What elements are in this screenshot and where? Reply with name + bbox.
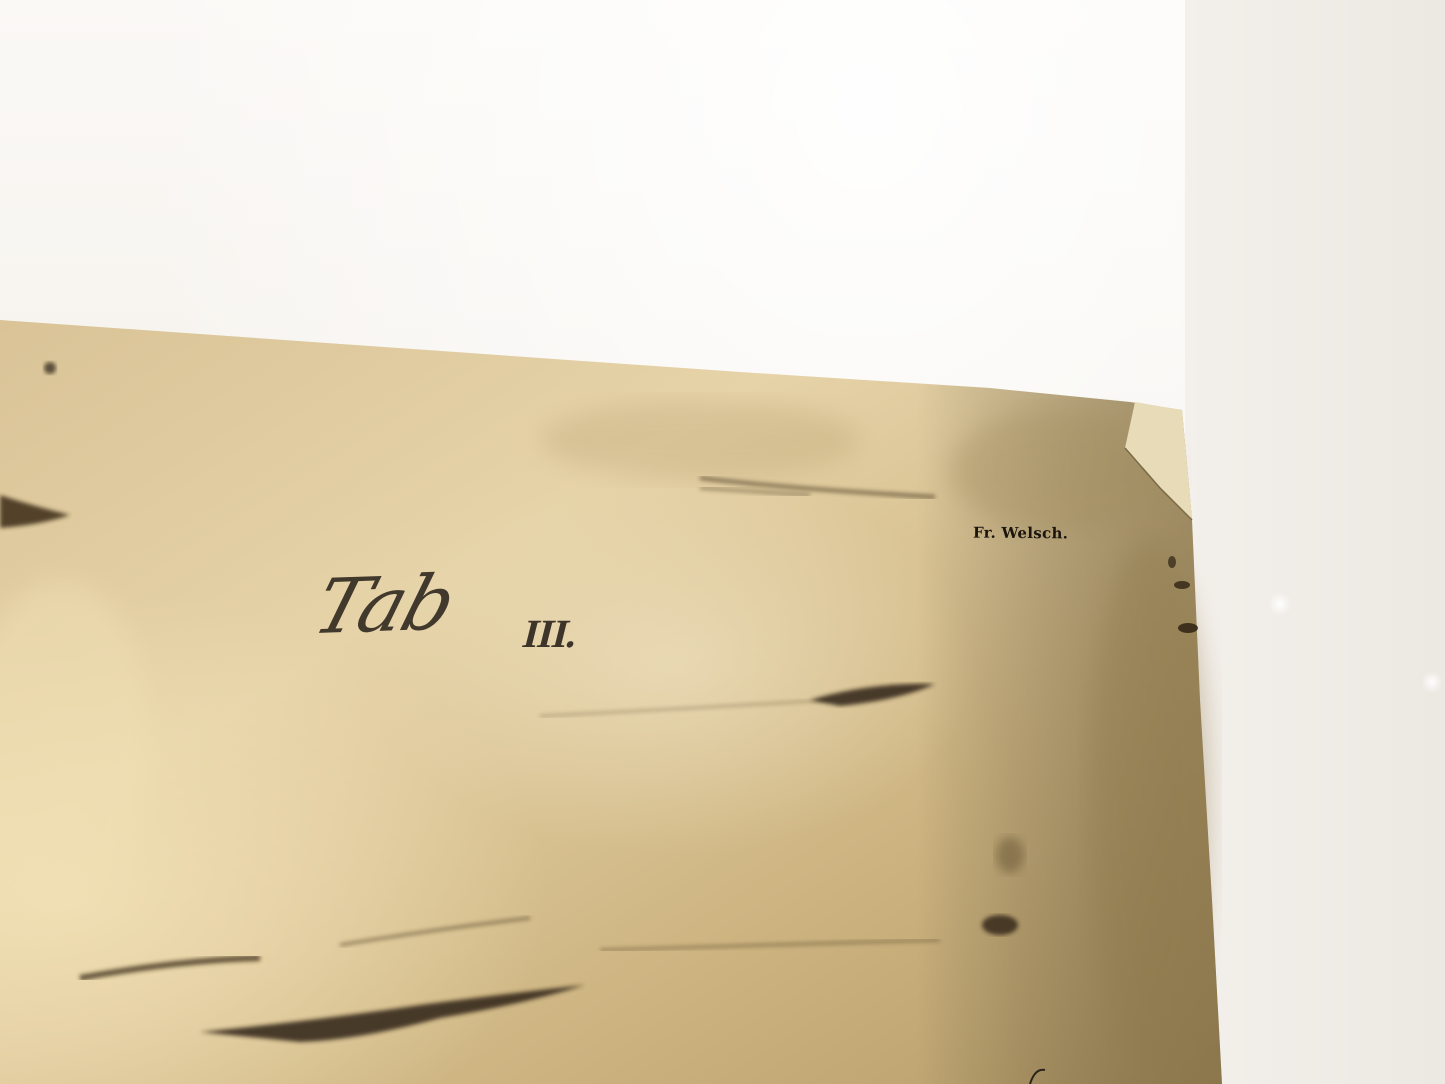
aged-paper-sheet: Tab III. Fr. Welsch. (0, 0, 1445, 1084)
light-reflection (1268, 592, 1292, 616)
plate-label-handwritten: Tab (304, 558, 464, 652)
paper-illustration (0, 0, 1445, 1084)
printer-credit: Fr. Welsch. (973, 524, 1068, 543)
light-reflection (1422, 670, 1442, 694)
